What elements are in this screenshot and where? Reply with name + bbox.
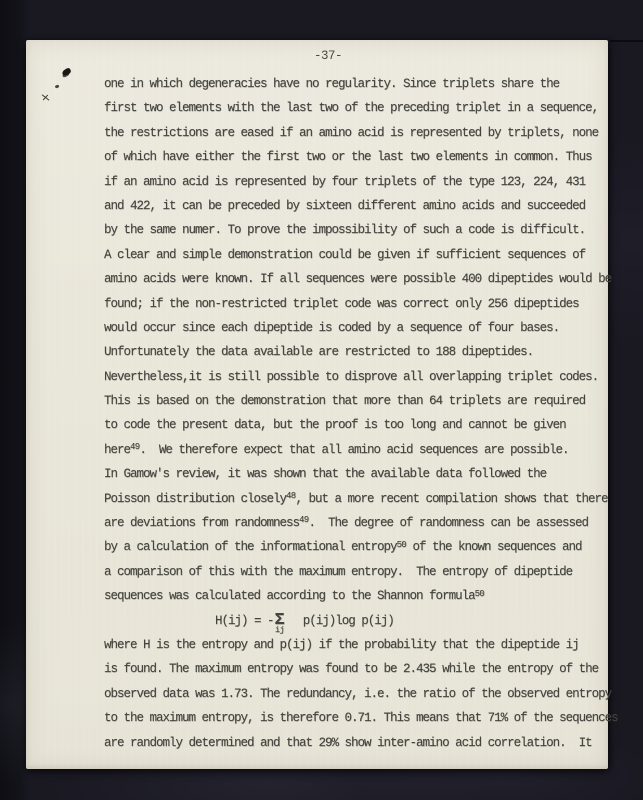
sigma-symbol: Σij [275,615,285,634]
footnote-reference: 49 [299,515,308,525]
footnote-reference: 50 [397,540,406,550]
manuscript-page: -37- one in which degeneracies have no r… [26,40,608,769]
text-line: to code the present data, but the proof … [104,413,612,437]
text-line: Unfortunately the data available are res… [104,340,612,364]
text-line: are randomly determined and that 29% sho… [104,731,612,755]
text-line: of which have either the first two or th… [104,145,612,169]
text-line: by a calculation of the informational en… [104,535,612,559]
text-line: observed data was 1.73. The redundancy, … [104,682,612,706]
footnote-reference: 49 [130,442,139,452]
footnote-reference: 50 [475,589,484,599]
text-line: found; if the non-restricted triplet cod… [104,292,612,316]
text-line: Nevertheless,it is still possible to dis… [104,365,612,389]
text-line: In Gamow's review, it was shown that the… [104,462,612,486]
text-line: a comparison of this with the maximum en… [104,560,612,584]
text-line: and 422, it can be preceded by sixteen d… [104,194,612,218]
text-line: Poisson distribution closely48, but a mo… [104,487,612,511]
background-seam [610,40,643,42]
text-line: if an amino acid is represented by four … [104,170,612,194]
text-line: here49. We therefore expect that all ami… [104,438,612,462]
text-line: This is based on the demonstration that … [104,389,612,413]
text-line: would occur since each dipeptide is code… [104,316,612,340]
text-line: where H is the entropy and p(ij) if the … [104,633,612,657]
text-line: are deviations from randomness49. The de… [104,511,612,535]
text-line: by the same numer. To prove the impossib… [104,218,612,242]
scanned-photo-background: { "page_number": "-37-", "colors": { "pa… [0,0,643,800]
text-line: amino acids were known. If all sequences… [104,267,612,291]
text-line: the restrictions are eased if an amino a… [104,121,612,145]
text-line: to the maximum entropy, is therefore 0.7… [104,706,612,730]
page-number: -37- [37,49,619,63]
text-line: sequences was calculated according to th… [104,584,612,608]
shannon-formula-line: H(ij) = -Σij p(ij)log p(ij) [104,609,612,633]
text-line: is found. The maximum entropy was found … [104,657,612,681]
margin-ink-scribble [41,93,50,102]
text-column: one in which degeneracies have no regula… [104,72,612,755]
text-line: first two elements with the last two of … [104,96,612,120]
text-line: one in which degeneracies have no regula… [104,72,612,96]
footnote-reference: 48 [286,491,295,501]
text-line: A clear and simple demonstration could b… [104,243,612,267]
